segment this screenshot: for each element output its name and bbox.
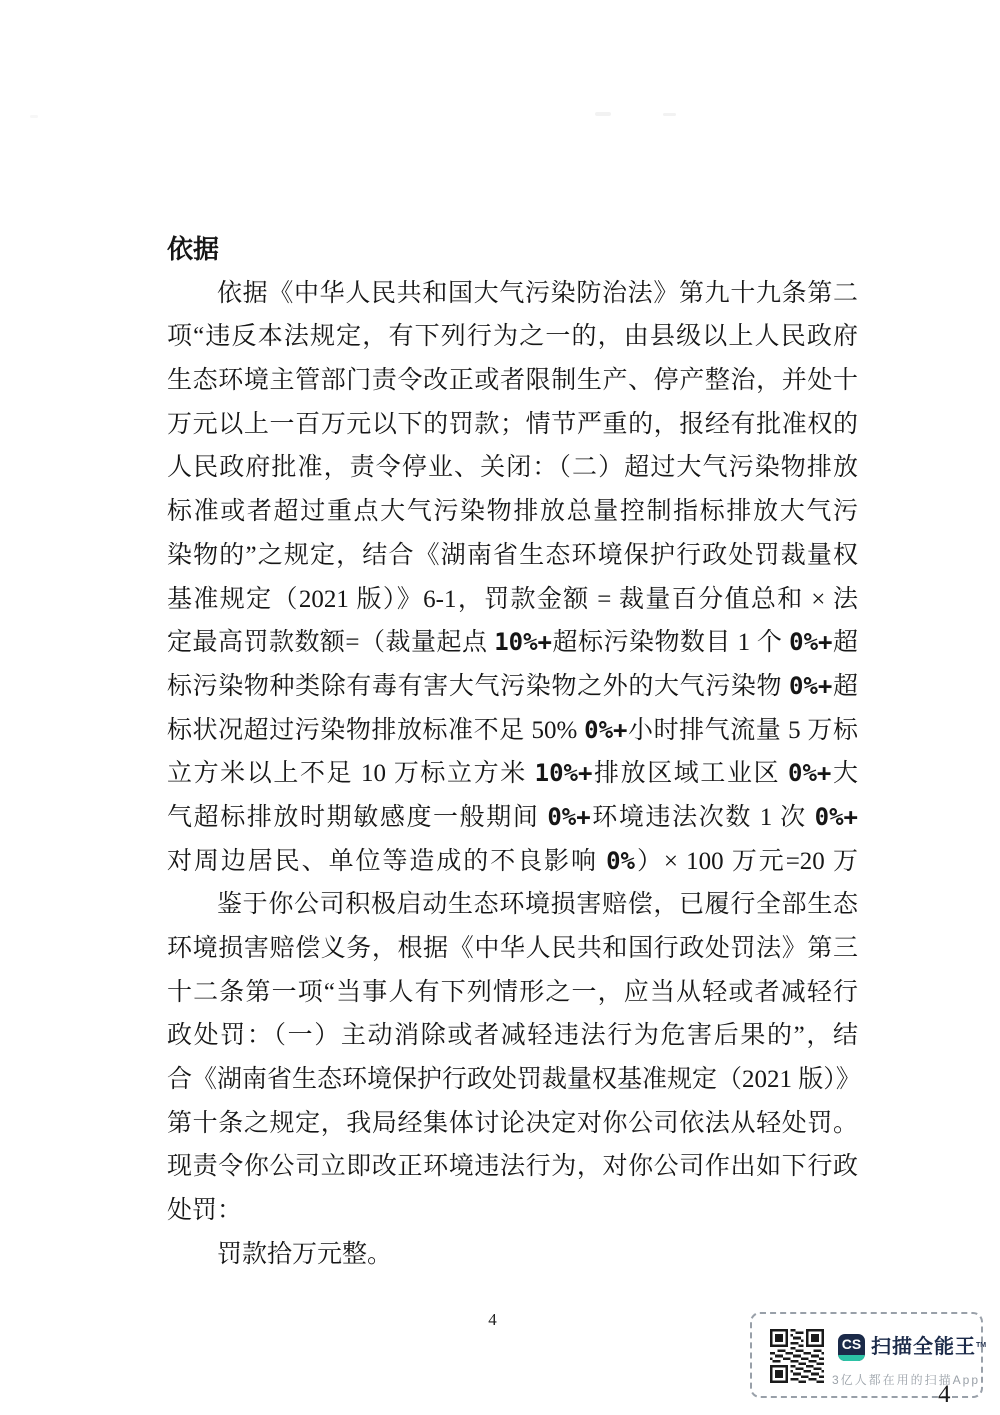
camscanner-tagline: 3亿人都在用的扫描App <box>832 1371 980 1388</box>
text-segment: 超 <box>832 629 858 656</box>
text-segment: 环境损害赔偿义务，根据《中华人民共和国行政处罚法》第三 <box>167 935 858 962</box>
text-segment: 小时排气流量 5 万标 <box>627 717 858 744</box>
text-line: 定最高罚款数额=（裁量起点 10%+超标污染物数目 1 个 0%+超 <box>167 621 858 665</box>
bold-value: 0%+ <box>789 672 832 700</box>
text-segment: 基准规定（2021 版）》6-1，罚款金额 = 裁量百分值总和 × 法 <box>167 586 858 613</box>
text-segment: 人民政府批准，责令停业、关闭：（二）超过大气污染物排放 <box>167 454 858 481</box>
text-segment: 第十条之规定，我局经集体讨论决定对你公司依法从轻处罚。 <box>167 1110 858 1137</box>
text-line: 标污染物种类除有毒有害大气污染物之外的大气污染物 0%+超 <box>167 665 858 709</box>
text-line: 万元以上一百万元以下的罚款；情节严重的，报经有批准权的 <box>167 403 858 447</box>
text-line: 气超标排放时期敏感度一般期间 0%+环境违法次数 1 次 0%+ <box>167 796 858 840</box>
text-segment: 鉴于你公司积极启动生态环境损害赔偿，已履行全部生态 <box>217 891 858 918</box>
text-segment: 标污染物种类除有毒有害大气污染物之外的大气污染物 <box>167 673 789 700</box>
text-line: 标准或者超过重点大气污染物排放总量控制指标排放大气污 <box>167 490 858 534</box>
bold-value: 0%+ <box>789 628 832 656</box>
brand-text: 扫描全能王 <box>871 1336 976 1358</box>
text-segment: 项“违反本法规定，有下列行为之一的，由县级以上人民政府 <box>167 323 858 350</box>
text-segment: 染物的”之规定，结合《湖南省生态环境保护行政处罚裁量权 <box>167 542 858 569</box>
text-segment: 现责令你公司立即改正环境违法行为，对你公司作出如下行政 <box>167 1153 858 1180</box>
text-segment: 超标污染物数目 1 个 <box>552 629 789 656</box>
text-line: 生态环境主管部门责令改正或者限制生产、停产整治，并处十 <box>167 359 858 403</box>
text-segment: 标准或者超过重点大气污染物排放总量控制指标排放大气污 <box>167 498 858 525</box>
text-line: 罚款拾万元整。 <box>167 1233 858 1277</box>
text-line: 合《湖南省生态环境保护行政处罚裁量权基准规定（2021 版）》 <box>167 1058 858 1102</box>
scan-artifact <box>663 113 676 116</box>
text-segment: 环境违法次数 1 次 <box>591 804 815 831</box>
text-line: 现责令你公司立即改正环境违法行为，对你公司作出如下行政 <box>167 1145 858 1189</box>
text-line: 染物的”之规定，结合《湖南省生态环境保护行政处罚裁量权 <box>167 534 858 578</box>
text-segment: 标状况超过污染物排放标准不足 50% <box>167 717 584 744</box>
camscanner-logo-icon: CS <box>838 1334 865 1361</box>
bold-value: 0%+ <box>788 759 831 787</box>
text-segment: 处罚： <box>167 1197 242 1224</box>
text-segment: 万元以上一百万元以下的罚款；情节严重的，报经有批准权的 <box>167 411 858 438</box>
text-segment: 依据《中华人民共和国大气污染防治法》第九十九条第二 <box>217 280 858 307</box>
camscanner-logo-teal-bar <box>838 1355 865 1361</box>
text-block: 依据 依据《中华人民共和国大气污染防治法》第九十九条第二项“违反本法规定，有下列… <box>167 228 858 1277</box>
qr-code-icon <box>770 1329 824 1383</box>
text-line: 环境损害赔偿义务，根据《中华人民共和国行政处罚法》第三 <box>167 927 858 971</box>
text-segment: 对周边居民、单位等造成的不良影响 <box>167 848 606 875</box>
text-segment: 合《湖南省生态环境保护行政处罚裁量权基准规定（2021 版）》 <box>167 1066 858 1093</box>
scan-artifact <box>30 115 38 118</box>
text-line: 标状况超过污染物排放标准不足 50% 0%+小时排气流量 5 万标 <box>167 709 858 753</box>
camscanner-brand-name: 扫描全能王TM <box>871 1333 986 1361</box>
text-segment: 大 <box>831 760 858 787</box>
text-line: 第十条之规定，我局经集体讨论决定对你公司依法从轻处罚。 <box>167 1102 858 1146</box>
scanned-document-page: 依据 依据《中华人民共和国大气污染防治法》第九十九条第二项“违反本法规定，有下列… <box>0 0 1000 1415</box>
camscanner-logo-text: CS <box>842 1334 861 1355</box>
text-line: 人民政府批准，责令停业、关闭：（二）超过大气污染物排放 <box>167 446 858 490</box>
text-segment: 定最高罚款数额=（裁量起点 <box>167 629 494 656</box>
text-segment: 排放区域工业区 <box>592 760 788 787</box>
text-line: 项“违反本法规定，有下列行为之一的，由县级以上人民政府 <box>167 315 858 359</box>
text-segment: 气超标排放时期敏感度一般期间 <box>167 804 547 831</box>
bold-value: 10%+ <box>535 759 593 787</box>
trademark-mark: TM <box>976 1342 986 1349</box>
bold-value: 0%+ <box>584 716 627 744</box>
bold-value: 0% <box>606 847 635 875</box>
text-segment: 生态环境主管部门责令改正或者限制生产、停产整治，并处十 <box>167 367 858 394</box>
text-segment: 超 <box>832 673 858 700</box>
bold-value: 0%+ <box>547 803 590 831</box>
text-line: 鉴于你公司积极启动生态环境损害赔偿，已履行全部生态 <box>167 883 858 927</box>
text-segment: 立方米以上不足 10 万标立方米 <box>167 760 535 787</box>
bold-value: 10%+ <box>494 628 552 656</box>
text-line: 对周边居民、单位等造成的不良影响 0%）× 100 万元=20 万元。 <box>167 840 858 884</box>
text-segment: 罚款拾万元整。 <box>217 1241 392 1268</box>
text-line: 立方米以上不足 10 万标立方米 10%+排放区域工业区 0%+大 <box>167 752 858 796</box>
text-line: 基准规定（2021 版）》6-1，罚款金额 = 裁量百分值总和 × 法 <box>167 578 858 622</box>
handwritten-page-number: 4 <box>938 1381 951 1409</box>
text-line: 处罚： <box>167 1189 858 1233</box>
text-segment: 政处罚：（一）主动消除或者减轻违法行为危害后果的”，结 <box>167 1022 858 1049</box>
scan-artifact <box>595 112 611 116</box>
text-line: 十二条第一项“当事人有下列情形之一，应当从轻或者减轻行 <box>167 971 858 1015</box>
paragraphs: 依据《中华人民共和国大气污染防治法》第九十九条第二项“违反本法规定，有下列行为之… <box>167 272 858 1277</box>
section-heading: 依据 <box>167 228 858 272</box>
text-segment: 十二条第一项“当事人有下列情形之一，应当从轻或者减轻行 <box>167 979 858 1006</box>
bold-value: 0%+ <box>815 803 858 831</box>
text-line: 依据《中华人民共和国大气污染防治法》第九十九条第二 <box>167 272 858 316</box>
text-line: 政处罚：（一）主动消除或者减轻违法行为危害后果的”，结 <box>167 1014 858 1058</box>
